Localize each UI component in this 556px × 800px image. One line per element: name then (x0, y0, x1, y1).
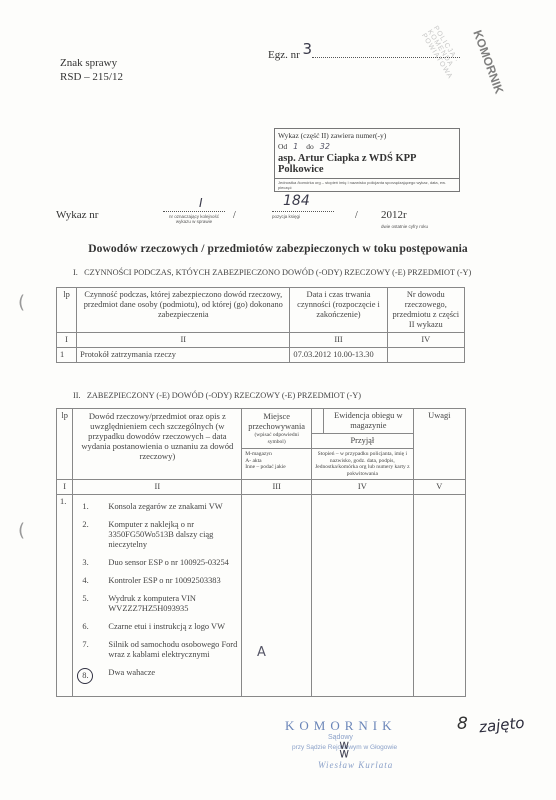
section-1-heading: I. CZYNNOŚCI PODCZAS, KTÓYCH ZABEZPIECZO… (73, 268, 471, 277)
item-text: Kontroler ESP o nr 10092503383 (108, 576, 220, 586)
col-place-title: Miejsce przechowywania (245, 412, 308, 432)
header-row-1: lp Dowód rzeczowy/przedmiot oraz opis z … (57, 409, 466, 434)
item-list-cell: 1.Konsola zegarów ze znakami VW2.Kompute… (73, 495, 242, 697)
bailiff-stamp-name: Wiesław Kurlata (318, 760, 393, 770)
numeral: IV (312, 480, 414, 495)
row-activity: Protokół zatrzymania rzeczy (77, 348, 290, 363)
item-number: 2. (76, 520, 108, 550)
wykaz-range: Od1do32 (275, 140, 459, 151)
col-received: Przyjął (312, 434, 414, 449)
year-caption: dwie ostatnie cyfry roku (381, 224, 451, 229)
pos-value: 184 (283, 193, 310, 209)
col-place: Miejsce przechowywania (wpisać odpowiedn… (242, 409, 312, 449)
item-number: 8. (76, 668, 108, 684)
table-header-row: lp Czynność podczas, której zabezpieczon… (57, 288, 465, 333)
officer-caption: Jednostka /komórka org – stopień imię i … (275, 179, 459, 191)
col-lp: lp (57, 409, 73, 480)
pos-caption: pozycja księgi (272, 214, 334, 219)
item-list: 1.Konsola zegarów ze znakami VW2.Kompute… (76, 502, 238, 684)
item-text: Komputer z naklejką o nr 3350FG50Wo513B … (108, 520, 238, 550)
activities-table: lp Czynność podczas, której zabezpieczon… (56, 287, 465, 363)
col-received-note: Stopień – w przypadku policjanta, imię i… (312, 449, 414, 480)
numeral: I (57, 333, 77, 348)
seq-field: nr oznaczający kolejność wykazu w sprawi… (163, 211, 225, 224)
pos-field: pozycja księgi (272, 211, 334, 219)
numeral: V (413, 480, 465, 495)
remark-number: 8 (457, 714, 468, 734)
place-mark: A (257, 645, 266, 660)
numeral-row: I II III IV V (57, 480, 466, 495)
case-reference: Znak sprawy RSD – 215/12 (60, 56, 123, 84)
list-item: 1.Konsola zegarów ze znakami VW (76, 502, 238, 512)
col-place-note: (wpisać odpowiedni symbol) (245, 432, 308, 445)
signature: ʬ (339, 735, 349, 763)
numeral: III (242, 480, 312, 495)
item-text: Silnik od samochodu osobowego Ford wraz … (108, 640, 238, 660)
numeral: III (290, 333, 387, 348)
list-item: 7.Silnik od samochodu osobowego Ford wra… (76, 640, 238, 660)
seq-value: I (199, 196, 203, 210)
col-description: Dowód rzeczowy/przedmiot oraz opis z uwz… (73, 409, 242, 480)
od-value: 1 (293, 142, 298, 151)
diagonal-stamp: POLICJA · KOMENDA POWIATOWA (370, 25, 480, 135)
col-remarks: Uwagi (413, 409, 465, 480)
section-2-heading: II. ZABEZPIECZONY (-E) DOWÓD (-ODY) RZEC… (73, 391, 361, 400)
row-place (242, 495, 312, 697)
table-row: 1. 1.Konsola zegarów ze znakami VW2.Komp… (57, 495, 466, 697)
item-number: 7. (76, 640, 108, 660)
remark-text: zajęto (478, 714, 525, 737)
col-evidence-nr: Nr dowodu rzeczowego, przedmiotu z częśc… (387, 288, 464, 333)
list-item: 8.Dwa wahacze (76, 668, 238, 684)
numeral: II (73, 480, 242, 495)
numeral: II (77, 333, 290, 348)
do-value: 32 (320, 142, 330, 151)
margin-punch-mark: ( (18, 520, 25, 541)
item-text: Konsola zegarów ze znakami VW (108, 502, 222, 512)
copy-number: 3 (303, 40, 313, 58)
numeral: IV (387, 333, 464, 348)
section-1-title: CZYNNOŚCI PODCZAS, KTÓYCH ZABEZPIECZONO … (84, 268, 471, 277)
numeral-row: I II III IV (57, 333, 465, 348)
col-evidence-title: Ewidencja obiegu w magazynie (324, 409, 414, 434)
item-text: Wydruk z komputera VIN WVZZZ7HZ5H093935 (108, 594, 238, 614)
col-activity: Czynność podczas, której zabezpieczono d… (77, 288, 290, 333)
od-label: Od (278, 142, 287, 151)
row-lp: 1 (57, 348, 77, 363)
sep-1: / (233, 210, 236, 221)
item-text: Duo sensor ESP o nr 100925-03254 (108, 558, 228, 568)
item-text: Czarne etui i instrukcją z logo VW (108, 622, 225, 632)
item-number: 6. (76, 622, 108, 632)
wykaz-box: Wykaz (część II) zawiera numer(-y) Od1do… (274, 128, 460, 192)
row-datetime: 07.03.2012 10.00-13.30 (290, 348, 387, 363)
margin-punch-mark: ( (18, 292, 25, 313)
item-number: 1. (76, 502, 108, 512)
section-2-num: II. (73, 391, 81, 400)
list-item: 3.Duo sensor ESP o nr 100925-03254 (76, 558, 238, 568)
item-number: 3. (76, 558, 108, 568)
row-lp: 1. (57, 495, 73, 697)
table-row: 1 Protokół zatrzymania rzeczy 07.03.2012… (57, 348, 465, 363)
item-number: 4. (76, 576, 108, 586)
col-lp: lp (57, 288, 77, 333)
wykaz-label: Wykaz nr (56, 209, 98, 221)
case-label: Znak sprawy (60, 56, 123, 70)
list-item: 4.Kontroler ESP o nr 10092503383 (76, 576, 238, 586)
row-evidence-nr (387, 348, 464, 363)
wykaz-box-line1: Wykaz (część II) zawiera numer(-y) (275, 129, 459, 140)
section-2-title: ZABEZPIECZONY (-E) DOWÓD (-ODY) RZECZOWY… (87, 391, 361, 400)
item-number: 5. (76, 594, 108, 614)
seq-caption: nr oznaczający kolejność wykazu w sprawi… (163, 214, 225, 224)
bailiff-stamp-title: KOMORNIK (285, 718, 397, 734)
year-value: 2012r (381, 209, 407, 221)
do-label: do (306, 142, 314, 151)
row-remarks (413, 495, 465, 697)
list-item: 5.Wydruk z komputera VIN WVZZZ7HZ5H09393… (76, 594, 238, 614)
list-item: 2.Komputer z naklejką o nr 3350FG50Wo513… (76, 520, 238, 550)
col-place-legend: M-magazyn A- akta Inne – podać jakie (242, 449, 312, 480)
case-ref: RSD – 215/12 (60, 70, 123, 84)
list-item: 6.Czarne etui i instrukcją z logo VW (76, 622, 238, 632)
col-datetime: Data i czas trwania czynności (rozpoczęc… (290, 288, 387, 333)
sep-2: / (355, 210, 358, 221)
officer-name: asp. Artur Ciapka z WDŚ KPP Polkowice (275, 151, 459, 179)
item-text: Dwa wahacze (108, 668, 155, 684)
section-1-num: I. (73, 268, 78, 277)
numeral: I (57, 480, 73, 495)
document-title: Dowodów rzeczowych / przedmiotów zabezpi… (0, 243, 556, 255)
row-received (312, 495, 414, 697)
copy-label: Egz. nr (268, 49, 300, 61)
col-evid-spacer (312, 409, 324, 434)
